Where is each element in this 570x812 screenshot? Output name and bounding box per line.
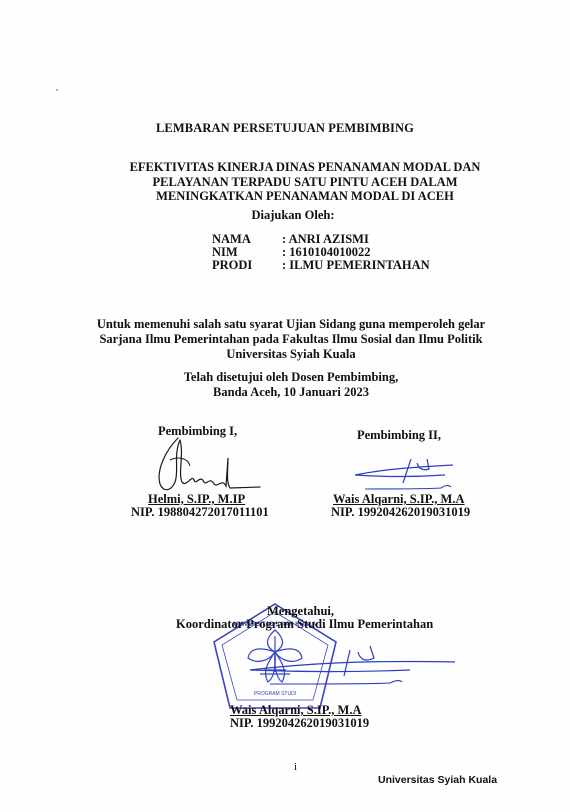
purpose-line: Untuk memenuhi salah satu syarat Ujian S… [6, 317, 570, 332]
student-prodi-row: PRODI : ILMU PEMERINTAHAN [212, 259, 430, 272]
purpose-line: Sarjana Ilmu Pemerintahan pada Fakultas … [6, 332, 570, 347]
footer-university: Universitas Syiah Kuala [378, 774, 497, 786]
document-page: LEMBARAN PERSETUJUAN PEMBIMBING EFEKTIVI… [0, 0, 570, 812]
purpose-statement: Untuk memenuhi salah satu syarat Ujian S… [6, 317, 570, 362]
thesis-title: EFEKTIVITAS KINERJA DINAS PENANAMAN MODA… [20, 160, 570, 204]
thesis-title-line: MENINGKATKAN PENANAMAN MODAL DI ACEH [20, 189, 570, 204]
approval-date-line: Banda Aceh, 10 Januari 2023 [6, 385, 570, 400]
thesis-title-line: PELAYANAN TERPADU SATU PINTU ACEH DALAM [20, 175, 570, 190]
signature-1-icon [148, 430, 268, 498]
svg-text:PROGRAM STUDI: PROGRAM STUDI [254, 691, 296, 697]
prodi-label: PRODI [212, 259, 282, 272]
supervisor-2-nip: NIP. 199204262019031019 [331, 505, 470, 520]
coordinator-nip: NIP. 199204262019031019 [230, 716, 369, 731]
signature-2-icon [345, 455, 465, 495]
approval-statement: Telah disetujui oleh Dosen Pembimbing, B… [6, 370, 570, 400]
signature-coordinator-icon [240, 640, 460, 690]
page-number: i [294, 761, 297, 773]
purpose-line: Universitas Syiah Kuala [6, 347, 570, 362]
supervisor-2-role: Pembimbing II, [357, 428, 441, 443]
scan-speck [56, 89, 58, 91]
supervisor-1-role: Pembimbing I, [158, 424, 237, 439]
student-info: NAMA : ANRI AZISMI NIM : 1610104010022 P… [212, 233, 430, 272]
coordinator-role: Koordinator Program Studi Ilmu Pemerinta… [176, 617, 433, 632]
prodi-value: : ILMU PEMERINTAHAN [282, 259, 430, 272]
supervisor-1-nip: NIP. 198804272017011101 [131, 505, 269, 520]
thesis-title-line: EFEKTIVITAS KINERJA DINAS PENANAMAN MODA… [20, 160, 570, 175]
submitted-by-label: Diajukan Oleh: [8, 208, 570, 223]
approval-line: Telah disetujui oleh Dosen Pembimbing, [6, 370, 570, 385]
page-title: LEMBARAN PERSETUJUAN PEMBIMBING [0, 121, 570, 136]
